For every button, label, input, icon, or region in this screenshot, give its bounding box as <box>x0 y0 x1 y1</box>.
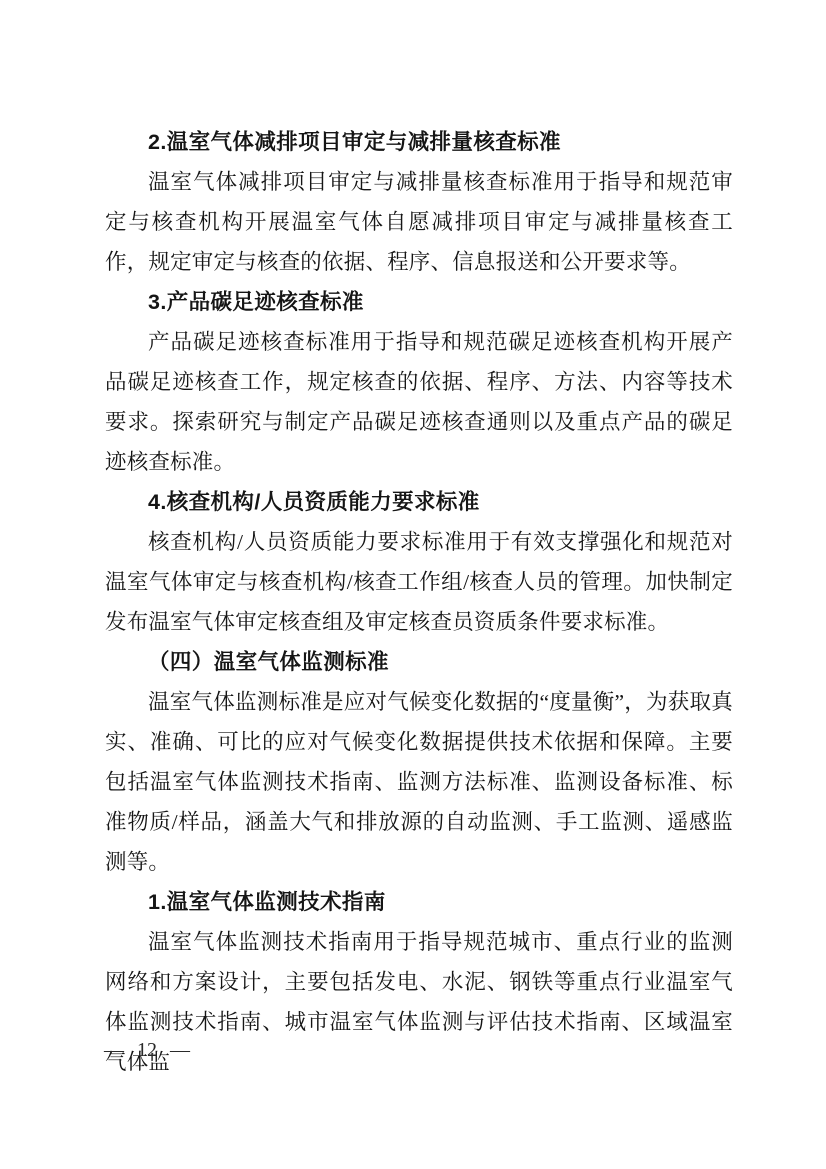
section-heading-monitoring-tech-guide: 1.温室气体监测技术指南 <box>105 882 733 922</box>
body-paragraph-verifier-qualification: 核查机构/人员资质能力要求标准用于有效支撑强化和规范对温室气体审定与核查机构/核… <box>105 522 733 642</box>
document-body: 2.温室气体减排项目审定与减排量核查标准 温室气体减排项目审定与减排量核查标准用… <box>105 122 733 1082</box>
body-paragraph-product-carbon-footprint: 产品碳足迹核查标准用于指导和规范碳足迹核查机构开展产品碳足迹核查工作，规定核查的… <box>105 322 733 482</box>
footer-right-dash: — <box>170 1035 190 1065</box>
page-footer: — 12 — <box>104 1035 190 1065</box>
section-heading-ghg-monitoring-standards: （四）温室气体监测标准 <box>105 642 733 682</box>
body-paragraph-monitoring-tech-guide: 温室气体监测技术指南用于指导规范城市、重点行业的监测网络和方案设计，主要包括发电… <box>105 922 733 1082</box>
page-number: 12 <box>137 1035 157 1065</box>
document-page: 2.温室气体减排项目审定与减排量核查标准 温室气体减排项目审定与减排量核查标准用… <box>0 0 826 1169</box>
section-heading-verifier-qualification: 4.核查机构/人员资质能力要求标准 <box>105 482 733 522</box>
body-paragraph-ghg-monitoring-standards: 温室气体监测标准是应对气候变化数据的“度量衡”，为获取真实、准确、可比的应对气候… <box>105 682 733 882</box>
section-heading-ghg-reduction-verification: 2.温室气体减排项目审定与减排量核查标准 <box>105 122 733 162</box>
body-paragraph-ghg-reduction-verification: 温室气体减排项目审定与减排量核查标准用于指导和规范审定与核查机构开展温室气体自愿… <box>105 162 733 282</box>
footer-left-dash: — <box>104 1035 124 1065</box>
section-heading-product-carbon-footprint: 3.产品碳足迹核查标准 <box>105 282 733 322</box>
